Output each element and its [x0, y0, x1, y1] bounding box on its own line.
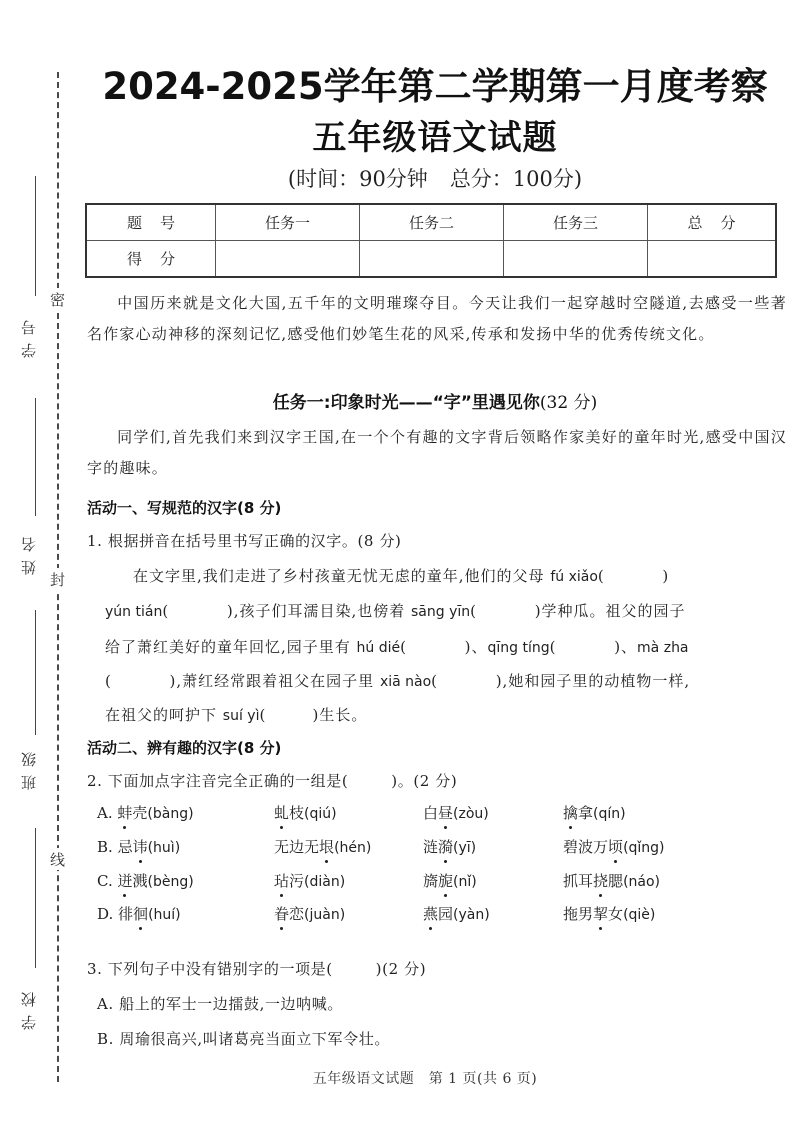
task1-title: 任务一:印象时光——“字”里遇见你(32 分) — [80, 388, 790, 413]
character: 涟 — [423, 838, 438, 856]
pinyin-annotation: (yàn) — [453, 907, 490, 923]
pinyin-annotation: (náo) — [623, 874, 660, 890]
q2-option-b-item-2: 无边无垠(hén) — [274, 836, 371, 857]
score-cell-task1[interactable] — [216, 241, 360, 278]
intro-text: 中国历来就是文化大国,五千年的文明璀璨夺目。今天让我们一起穿越时空隧道,去感受一… — [87, 294, 787, 343]
option-letter[interactable]: B. — [97, 838, 118, 856]
answer-blank-hu-die[interactable]: ( )、 — [400, 638, 487, 656]
q2-option-a-item-4: 擒拿(qín) — [563, 802, 626, 823]
dotted-character: 眷 — [274, 903, 289, 924]
pinyin-hu-die: hú dié — [357, 640, 401, 656]
seal-word-xian: 线 — [48, 848, 68, 870]
exam-subtitle: 五年级语文试题 — [80, 110, 790, 159]
exam-time: (时间：90分钟 — [288, 167, 428, 191]
pinyin-annotation: (qín) — [593, 806, 626, 822]
character: 旖 — [423, 872, 438, 890]
character: 腮 — [608, 872, 623, 890]
character: 徘 — [118, 905, 133, 923]
q2-option-d-item-3: 燕园(yàn) — [423, 903, 490, 924]
q1-line-3: 给了萧红美好的童年回忆,园子里有 hú dié( )、qīng tíng( )、… — [105, 636, 689, 657]
dotted-character: 顷 — [608, 836, 623, 857]
answer-blank-sang-yin[interactable]: ( )学种瓜。祖父的园子 — [470, 602, 685, 620]
answer-blank-yun-tian[interactable]: ( ),孩子们耳濡目染,也傍着 — [162, 602, 411, 620]
page-footer: 五年级语文试题 第 1 页(共 6 页) — [250, 1068, 600, 1088]
q1-line-1: 在文字里,我们走进了乡村孩童无忧无虑的童年,他们的父母 fú xiǎo( ) — [133, 565, 669, 586]
pinyin-sang-yin: sāng yīn — [411, 604, 470, 620]
header-cell-task2: 任务二 — [360, 204, 504, 241]
pinyin-xia-nao: xiā nào — [380, 674, 431, 690]
option-letter[interactable]: A. — [97, 804, 117, 822]
character: 忌 — [118, 838, 133, 856]
dotted-character: 旎 — [438, 870, 453, 891]
exam-meta: (时间：90分钟总分：100分) — [80, 163, 790, 193]
answer-blank-qing-ting[interactable]: ( )、 — [550, 638, 637, 656]
q1-line-2: yún tián( ),孩子们耳濡目染,也傍着 sāng yīn( )学种瓜。祖… — [105, 600, 686, 621]
activity2-title: 活动二、辨有趣的汉字(8 分) — [87, 737, 281, 758]
q1-stem: 1. 根据拼音在括号里书写正确的汉字。(8 分) — [87, 530, 402, 551]
class-line[interactable] — [35, 610, 36, 735]
character: 污 — [289, 872, 304, 890]
pinyin-ma-zha: mà zha — [637, 640, 688, 656]
seal-word-feng: 封 — [48, 568, 68, 590]
pinyin-annotation: (qǐng) — [623, 840, 664, 856]
school-line[interactable] — [35, 828, 36, 968]
dotted-character: 燕 — [423, 903, 438, 924]
q2-option-c-item-4: 抓耳挠腮(náo) — [563, 870, 660, 891]
student-id-label: 学号 — [18, 308, 40, 362]
exam-title: 2024-2025学年第二学期第一月度考察 — [80, 56, 790, 110]
header-cell-task3: 任务三 — [504, 204, 648, 241]
task1-points: (32 分) — [540, 393, 597, 413]
character: 抓 — [563, 872, 578, 890]
dotted-character: 昼 — [438, 802, 453, 823]
q2-option-a-item-1[interactable]: A. 蚌壳(bàng) — [97, 802, 194, 823]
character: 耳 — [578, 872, 593, 890]
task1-intro-text: 同学们,首先我们来到汉字王国,在一个个有趣的文字背后领略作家美好的童年时光,感受… — [87, 428, 787, 477]
dotted-character: 虬 — [274, 802, 289, 823]
character: 女 — [608, 905, 623, 923]
pinyin-annotation: (juàn) — [304, 907, 345, 923]
pinyin-yun-tian: yún tián — [105, 604, 162, 620]
pinyin-annotation: (qiú) — [304, 806, 337, 822]
header-cell-question-no: 题号 — [86, 204, 216, 241]
q1-text: 给了萧红美好的童年回忆,园子里有 — [105, 638, 357, 656]
dotted-character: 挠 — [593, 870, 608, 891]
q2-option-c-item-2: 玷污(diàn) — [274, 870, 345, 891]
score-cell-task2[interactable] — [360, 241, 504, 278]
q3-option-b[interactable]: B. 周瑜很高兴,叫诸葛亮当面立下军令壮。 — [97, 1028, 390, 1049]
q2-option-b-item-1[interactable]: B. 忌讳(huì) — [97, 836, 180, 857]
intro-paragraph: 中国历来就是文化大国,五千年的文明璀璨夺目。今天让我们一起穿越时空隧道,去感受一… — [87, 288, 787, 350]
dotted-character: 擒 — [563, 802, 578, 823]
name-line[interactable] — [35, 398, 36, 516]
q3-stem: 3. 下列句子中没有错别字的一项是( )(2 分) — [87, 958, 426, 979]
header-cell-task1: 任务一 — [216, 204, 360, 241]
student-id-line[interactable] — [35, 176, 36, 296]
pinyin-sui-yi: suí yì — [223, 708, 260, 724]
character: 白 — [423, 804, 438, 822]
dotted-character: 讳 — [133, 836, 148, 857]
name-label: 姓名 — [18, 525, 40, 579]
q2-option-d-item-4: 拖男挈女(qiè) — [563, 903, 655, 924]
option-letter[interactable]: D. — [97, 905, 118, 923]
answer-blank-ma-zha[interactable]: ( ),萧红经常跟着祖父在园子里 — [105, 672, 380, 690]
character: 无 — [304, 838, 319, 856]
pinyin-annotation: (zòu) — [453, 806, 489, 822]
score-cell-task3[interactable] — [504, 241, 648, 278]
answer-blank-sui-yi[interactable]: ( )生长。 — [259, 706, 367, 724]
character: 无 — [274, 838, 289, 856]
pinyin-annotation: (hén) — [334, 840, 371, 856]
q2-option-a-item-2: 虬枝(qiú) — [274, 802, 337, 823]
score-cell-total[interactable] — [648, 241, 777, 278]
pinyin-fu-xiao: fú xiǎo — [550, 569, 598, 585]
task1-title-text: 任务一:印象时光——“字”里遇见你 — [273, 393, 540, 413]
class-label: 班级 — [18, 740, 40, 794]
q2-option-d-item-1[interactable]: D. 徘徊(huí) — [97, 903, 181, 924]
pinyin-annotation: (huì) — [148, 840, 181, 856]
answer-blank-xia-nao[interactable]: ( ),她和园子里的动植物一样, — [431, 672, 690, 690]
character: 万 — [593, 838, 608, 856]
q2-option-b-item-3: 涟漪(yī) — [423, 836, 476, 857]
character: 园 — [438, 905, 453, 923]
dotted-character: 迸 — [117, 870, 132, 891]
pinyin-annotation: (bàng) — [147, 806, 193, 822]
q2-stem: 2. 下面加点字注音完全正确的一组是( )。(2 分) — [87, 770, 457, 791]
character: 恋 — [289, 905, 304, 923]
pinyin-annotation: (qiè) — [623, 907, 655, 923]
dotted-character: 蚌 — [117, 802, 132, 823]
q1-text: 在文字里,我们走进了乡村孩童无忧无虑的童年,他们的父母 — [133, 567, 550, 585]
character: 男 — [578, 905, 593, 923]
q2-option-c-item-1[interactable]: C. 迸溅(bèng) — [97, 870, 194, 891]
q1-text: 在祖父的呵护下 — [105, 706, 223, 724]
pinyin-annotation: (huí) — [148, 907, 181, 923]
character: 溅 — [133, 872, 148, 890]
character: 枝 — [289, 804, 304, 822]
q2-option-a-item-3: 白昼(zòu) — [423, 802, 489, 823]
character: 边 — [289, 838, 304, 856]
dotted-character: 垠 — [319, 836, 334, 857]
option-letter[interactable]: C. — [97, 872, 117, 890]
dotted-character: 玷 — [274, 870, 289, 891]
dotted-character: 徊 — [133, 903, 148, 924]
q3-option-a[interactable]: A. 船上的军士一边擂鼓,一边呐喊。 — [97, 993, 343, 1014]
pinyin-annotation: (yī) — [453, 840, 476, 856]
task1-intro-paragraph: 同学们,首先我们来到汉字王国,在一个个有趣的文字背后领略作家美好的童年时光,感受… — [87, 422, 787, 484]
pinyin-annotation: (diàn) — [304, 874, 345, 890]
dotted-character: 挈 — [593, 903, 608, 924]
score-row-label: 得分 — [86, 241, 216, 278]
q2-option-c-item-3: 旖旎(nǐ) — [423, 870, 477, 891]
q1-line-4: ( ),萧红经常跟着祖父在园子里 xiā nào( ),她和园子里的动植物一样, — [105, 670, 690, 691]
character: 碧 — [563, 838, 578, 856]
pinyin-annotation: (bèng) — [148, 874, 194, 890]
character: 波 — [578, 838, 593, 856]
character: 拖 — [563, 905, 578, 923]
activity1-title: 活动一、写规范的汉字(8 分) — [87, 497, 281, 518]
pinyin-annotation: (nǐ) — [453, 874, 477, 890]
header-cell-total: 总分 — [648, 204, 777, 241]
exam-total-score: 总分：100分) — [450, 167, 582, 191]
q1-line-5: 在祖父的呵护下 suí yì( )生长。 — [105, 704, 367, 725]
dotted-character: 漪 — [438, 836, 453, 857]
score-table-score-row: 得分 — [86, 241, 776, 278]
seal-word-mi: 密 — [48, 288, 68, 310]
school-label: 学校 — [18, 980, 40, 1034]
pinyin-qing-ting: qīng tíng — [488, 640, 550, 656]
character: 壳 — [132, 804, 147, 822]
q2-option-d-item-2: 眷恋(juàn) — [274, 903, 345, 924]
score-table-header-row: 题号 任务一 任务二 任务三 总分 — [86, 204, 776, 241]
q2-option-b-item-4: 碧波万顷(qǐng) — [563, 836, 665, 857]
score-table: 题号 任务一 任务二 任务三 总分 得分 — [85, 203, 777, 278]
character: 拿 — [578, 804, 593, 822]
answer-blank-fu-xiao[interactable]: ( ) — [598, 567, 669, 585]
